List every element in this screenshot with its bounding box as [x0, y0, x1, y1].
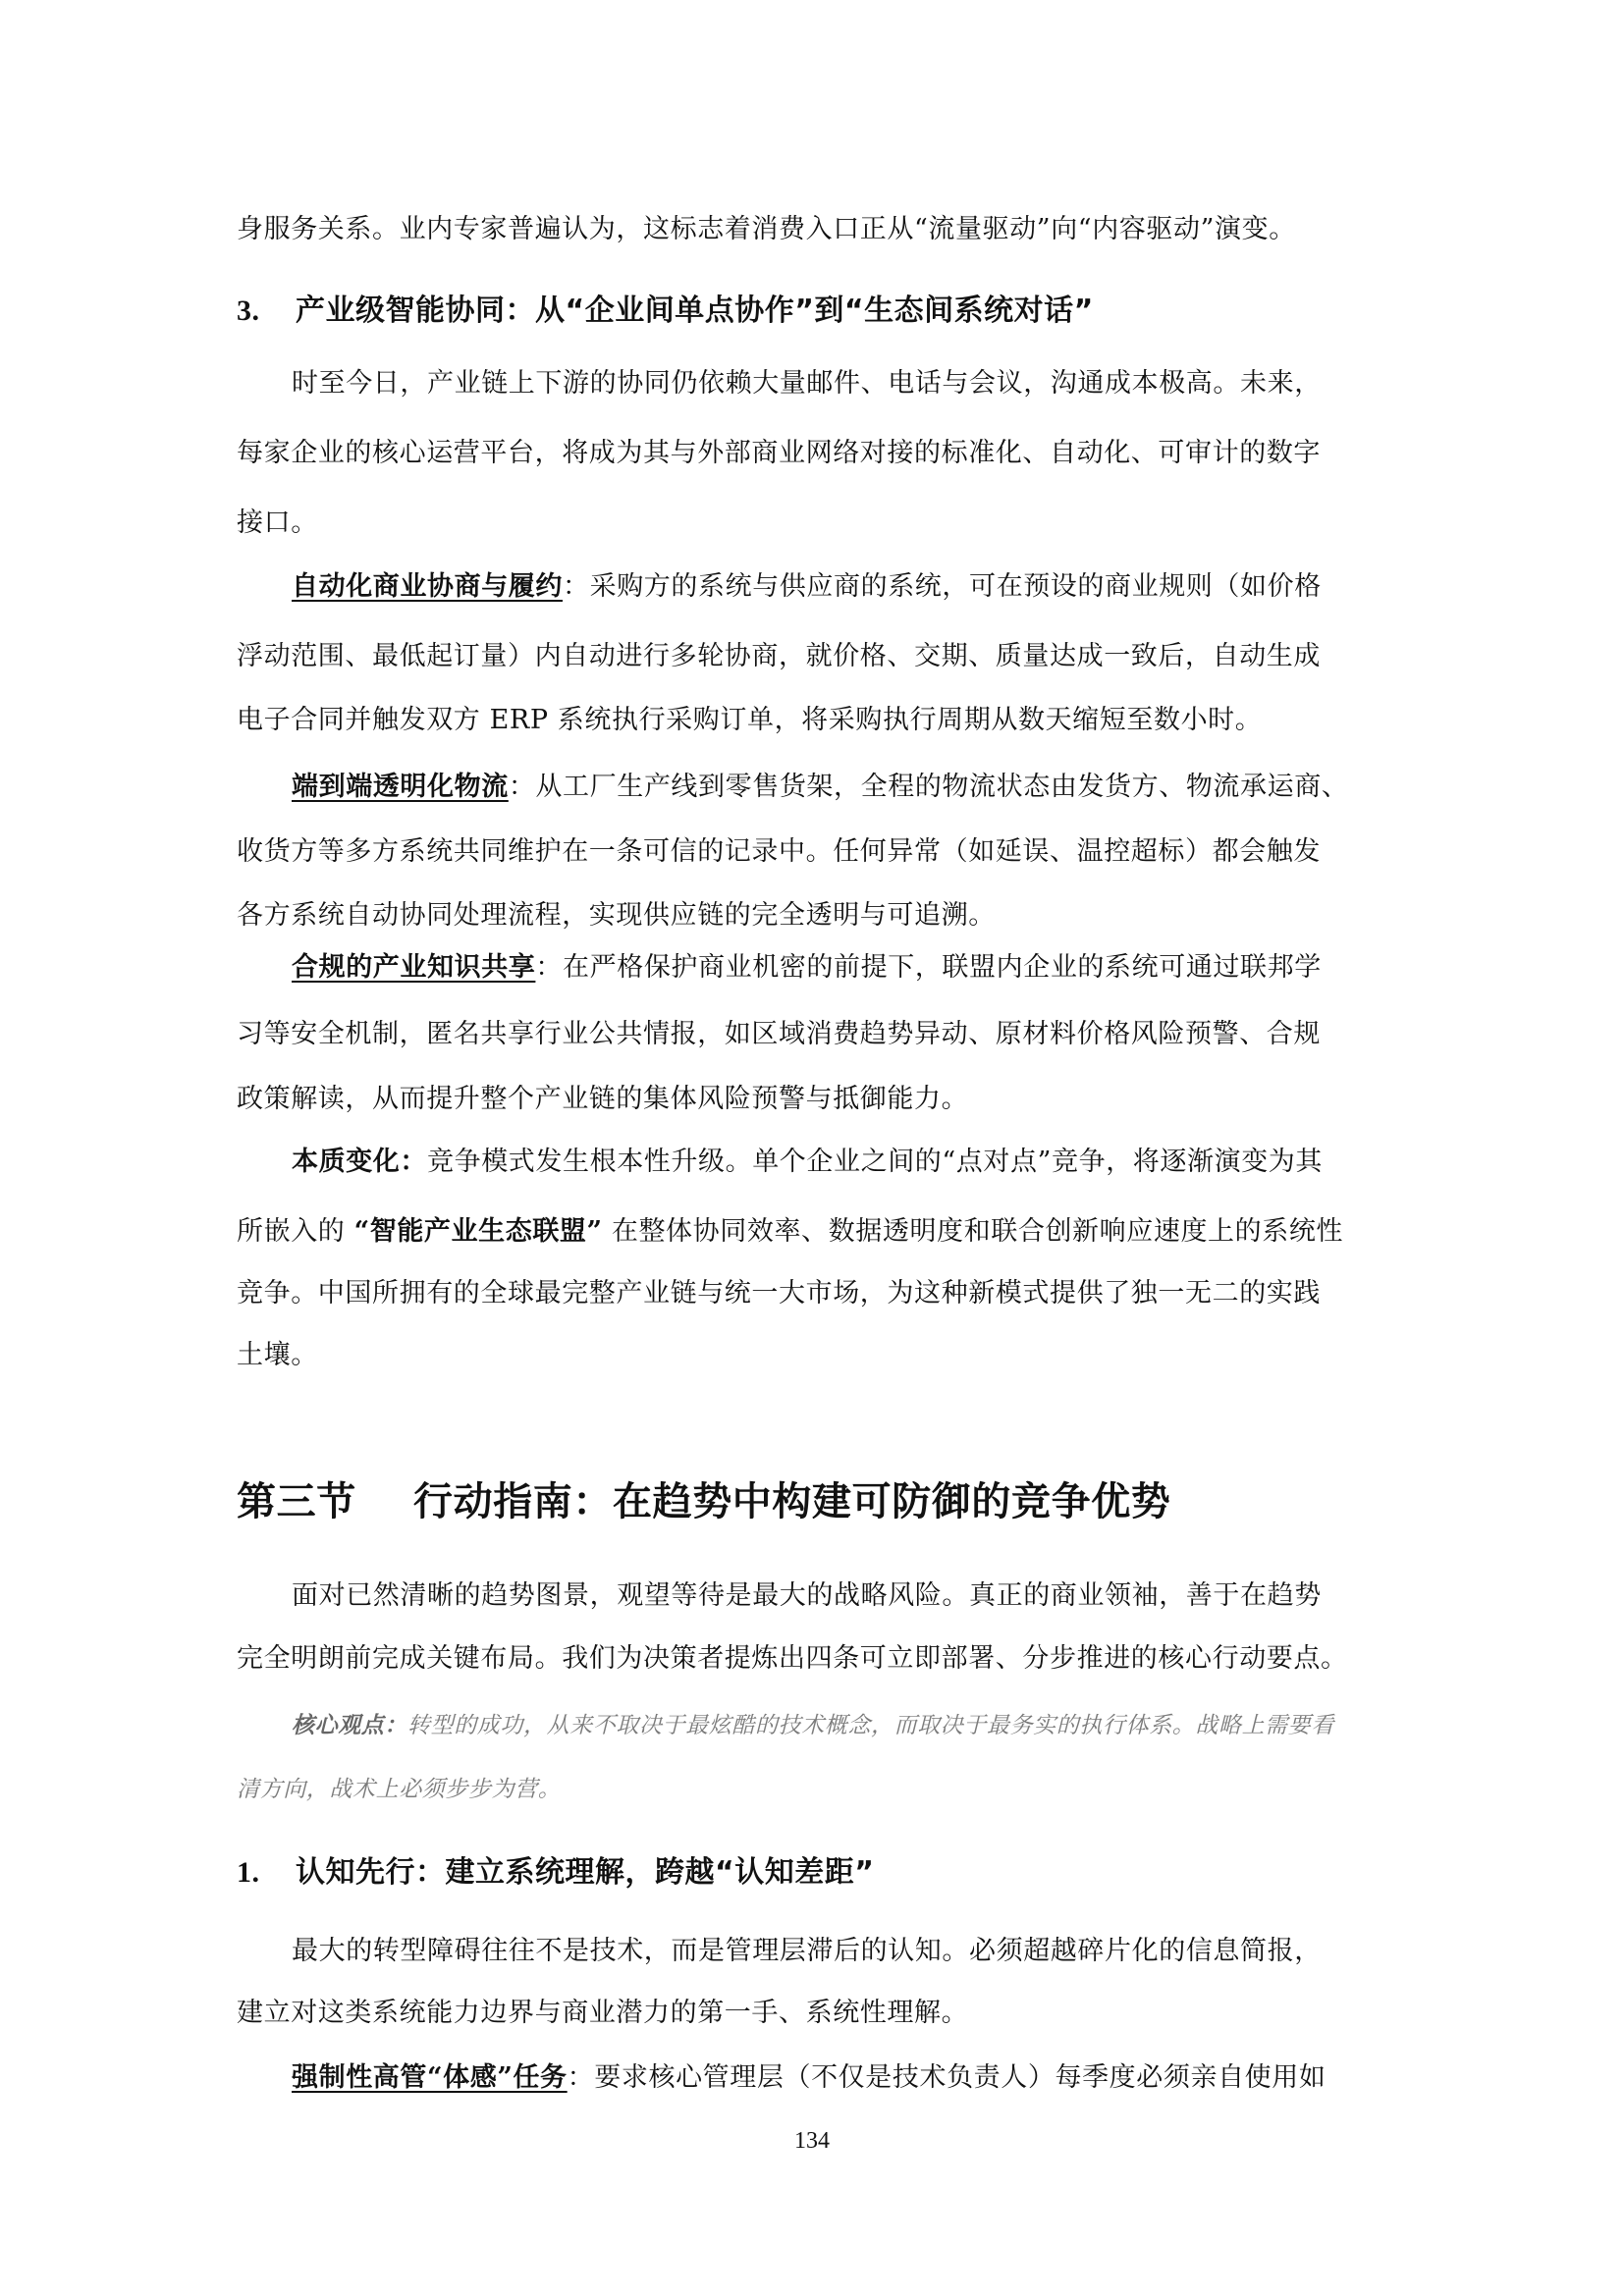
paragraph-line: 电子合同并触发双方 ERP 系统执行采购订单，将采购执行周期从数天缩短至数小时。 [237, 701, 1262, 740]
essence-label: 本质变化： [292, 1147, 427, 1177]
text: 所嵌入的 [237, 1216, 354, 1247]
chapter-section-heading: 第三节行动指南：在趋势中构建可防御的竞争优势 [237, 1476, 1170, 1527]
core-view-note-line: 清方向，战术上必须步步为营。 [237, 1770, 561, 1809]
essence-paragraph: 本质变化：竞争模式发生根本性升级。单个企业之间的“点对点”竞争，将逐渐演变为其 [237, 1143, 1323, 1182]
paragraph-line: 面对已然清晰的趋势图景，观望等待是最大的战略风险。真正的商业领袖，善于在趋势 [237, 1576, 1322, 1616]
separator: ： [509, 772, 536, 802]
subsection-title: 认知先行：建立系统理解，跨越“认知差距” [296, 1855, 874, 1890]
list-item-logistics: 端到端透明化物流：从工厂生产线到零售货架，全程的物流状态由发货方、物流承运商、 [237, 768, 1348, 807]
separator: ： [535, 952, 563, 983]
item-text: 在严格保护商业机密的前提下，联盟内企业的系统可通过联邦学 [563, 952, 1322, 983]
paragraph-line: 最大的转型障碍往往不是技术，而是管理层滞后的认知。必须超越碎片化的信息简报， [237, 1932, 1322, 1971]
paragraph-line: 每家企业的核心运营平台，将成为其与外部商业网络对接的标准化、自动化、可审计的数字 [237, 434, 1321, 473]
text: 在整体协同效率、数据透明度和联合创新响应速度上的系统性 [603, 1216, 1343, 1247]
paragraph-line: 土壤。 [237, 1336, 318, 1375]
subsection-number: 1. [237, 1853, 296, 1893]
paragraph-line: 时至今日，产业链上下游的协同仍依赖大量邮件、电话与会议，沟通成本极高。未来， [237, 364, 1322, 403]
section-title: 行动指南：在趋势中构建可防御的竞争优势 [413, 1479, 1170, 1524]
paragraph-line: 浮动范围、最低起订量）内自动进行多轮协商，就价格、交期、质量达成一致后，自动生成 [237, 637, 1321, 676]
page-number: 134 [0, 2128, 1624, 2155]
emphasis: “智能产业生态联盟” [354, 1216, 603, 1247]
paragraph-line: 接口。 [237, 504, 318, 543]
essence-text: 竞争模式发生根本性升级。单个企业之间的“点对点”竞争，将逐渐演变为其 [427, 1147, 1323, 1177]
paragraph-line: 收货方等多方系统共同维护在一条可信的记录中。任何异常（如延误、温控超标）都会触发 [237, 832, 1321, 872]
list-item-executive-task: 强制性高管“体感”任务：要求核心管理层（不仅是技术负责人）每季度必须亲自使用如 [237, 2058, 1326, 2098]
section-number: 3. [237, 292, 296, 331]
subsection-heading-1: 1.认知先行：建立系统理解，跨越“认知差距” [237, 1853, 874, 1893]
item-text: 采购方的系统与供应商的系统，可在预设的商业规则（如价格 [590, 571, 1322, 602]
section-label: 第三节 [237, 1476, 413, 1527]
list-item-automated-negotiation: 自动化商业协商与履约：采购方的系统与供应商的系统，可在预设的商业规则（如价格 [237, 567, 1322, 607]
paragraph-line: 各方系统自动协同处理流程，实现供应链的完全透明与可追溯。 [237, 896, 996, 935]
section-title: 产业级智能协同：从“企业间单点协作”到“生态间系统对话” [296, 294, 1094, 328]
core-view-label: 核心观点： [292, 1712, 407, 1738]
item-text: 要求核心管理层（不仅是技术负责人）每季度必须亲自使用如 [594, 2062, 1326, 2093]
core-view-text: 转型的成功，从来不取决于最炫酷的技术概念，而取决于最务实的执行体系。战略上需要看 [407, 1713, 1334, 1738]
core-view-note: 核心观点：转型的成功，从来不取决于最炫酷的技术概念，而取决于最务实的执行体系。战… [237, 1706, 1334, 1745]
separator: ： [568, 2062, 595, 2093]
paragraph-line: 所嵌入的 “智能产业生态联盟” 在整体协同效率、数据透明度和联合创新响应速度上的… [237, 1212, 1343, 1252]
item-label: 强制性高管“体感”任务 [292, 2062, 568, 2093]
section-heading-3: 3.产业级智能协同：从“企业间单点协作”到“生态间系统对话” [237, 292, 1094, 331]
item-label: 端到端透明化物流 [292, 772, 509, 802]
paragraph-line: 政策解读，从而提升整个产业链的集体风险预警与抵御能力。 [237, 1080, 968, 1119]
item-text: 从工厂生产线到零售货架，全程的物流状态由发货方、物流承运商、 [535, 772, 1348, 802]
paragraph-tail: 身服务关系。业内专家普遍认为，这标志着消费入口正从“流量驱动”向“内容驱动”演变… [237, 210, 1296, 249]
separator: ： [563, 571, 590, 602]
list-item-knowledge-sharing: 合规的产业知识共享：在严格保护商业机密的前提下，联盟内企业的系统可通过联邦学 [237, 948, 1322, 988]
item-label: 自动化商业协商与履约 [292, 571, 563, 602]
paragraph-line: 完全明朗前完成关键布局。我们为决策者提炼出四条可立即部署、分步推进的核心行动要点… [237, 1639, 1348, 1679]
item-label: 合规的产业知识共享 [292, 952, 535, 983]
paragraph-line: 习等安全机制，匿名共享行业公共情报，如区域消费趋势异动、原材料价格风险预警、合规 [237, 1015, 1321, 1054]
paragraph-line: 建立对这类系统能力边界与商业潜力的第一手、系统性理解。 [237, 1994, 968, 2033]
paragraph-line: 竞争。中国所拥有的全球最完整产业链与统一大市场，为这种新模式提供了独一无二的实践 [237, 1274, 1321, 1313]
